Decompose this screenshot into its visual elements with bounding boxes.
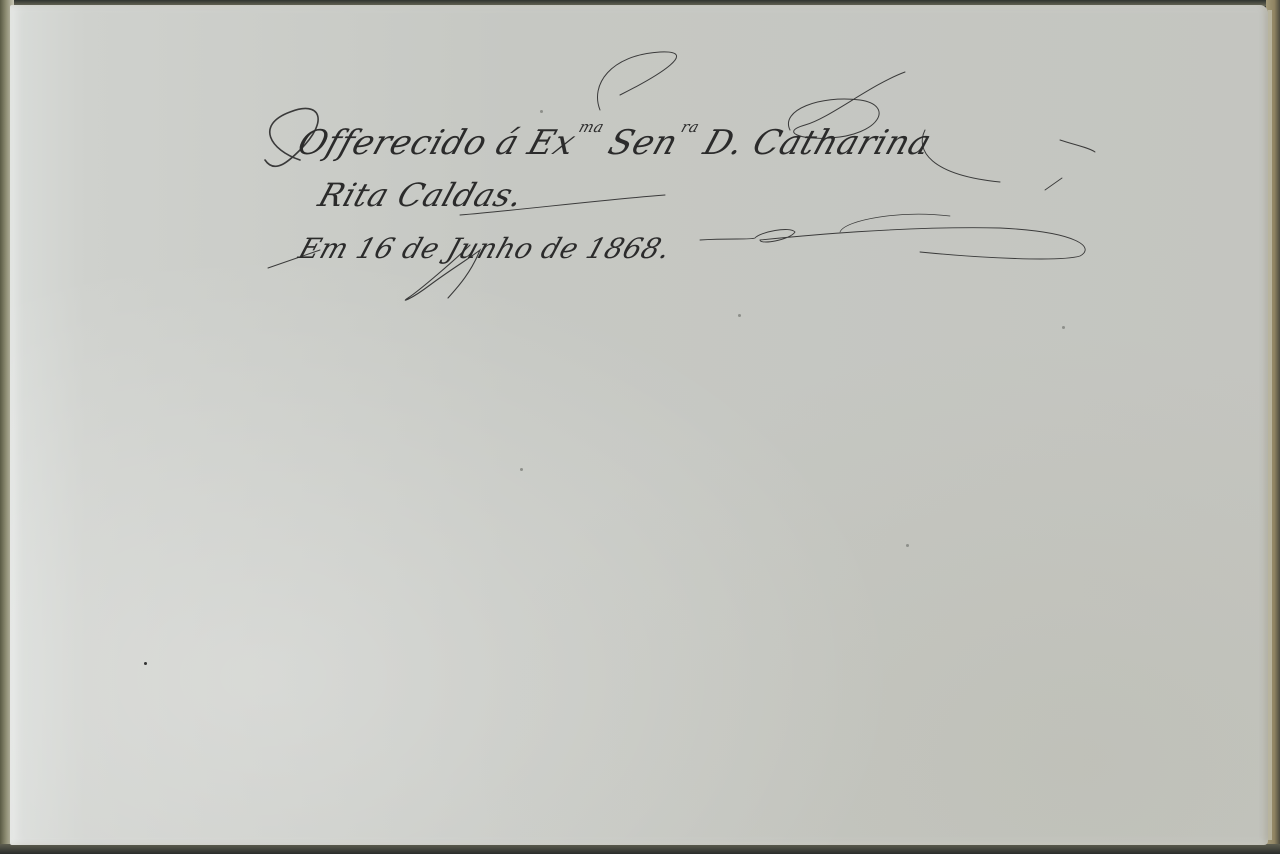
paper-speck — [520, 468, 523, 471]
paper-speck — [738, 314, 741, 317]
word-ex: Ex — [523, 123, 581, 163]
inscription-date-line: Em 16 de Junho de 1868. — [295, 232, 676, 265]
paper-speck — [1062, 326, 1065, 329]
word-d: D. — [699, 123, 750, 163]
inscription-line-1: Offerecido á Exma Senra D. Catharina — [293, 118, 939, 163]
paper-speck — [144, 662, 147, 665]
superscript-ra: ra — [679, 118, 702, 136]
word-a: á — [491, 123, 525, 163]
paper-speck — [906, 544, 909, 547]
superscript-ma: ma — [577, 118, 607, 136]
inscription-line-2: Rita Caldas. — [314, 176, 529, 214]
paper-speck — [540, 110, 543, 113]
word-catharina: Catharina — [748, 123, 937, 163]
word-offerecido: Offerecido — [293, 123, 493, 163]
word-sen: Sen — [603, 123, 683, 163]
